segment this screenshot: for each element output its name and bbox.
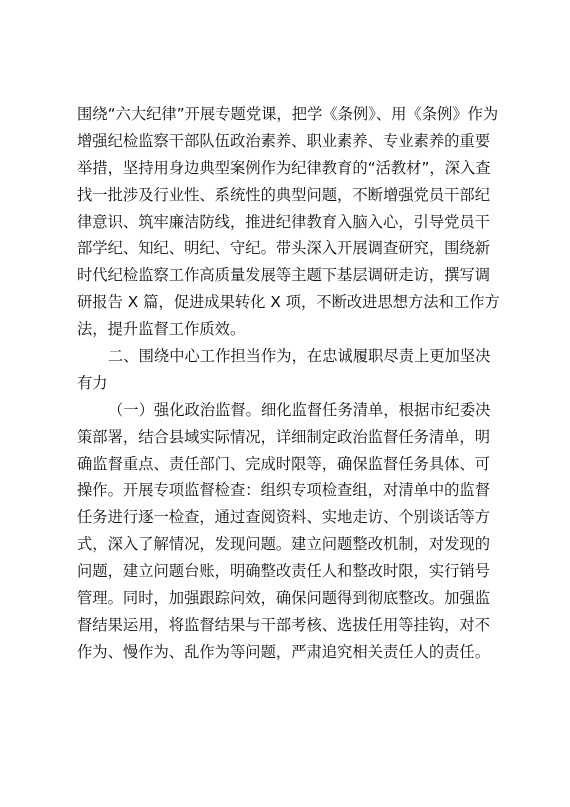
text-line: 时代纪检监察工作高质量发展等主题下基层调研走访，撰写调: [77, 262, 490, 289]
paragraph-strengthen-political-supervision: （一）强化政治监督。细化监督任务清单，根据市纪委决 策部署，结合县域实际情况，详…: [77, 397, 490, 666]
text-line: 督结果运用，将监督结果与干部考核、选拔任用等挂钩，对不: [77, 612, 490, 639]
text-line: 部学纪、知纪、明纪、守纪。带头深入开展调查研究，围绕新: [77, 235, 490, 262]
heading-line: 有力: [77, 370, 490, 397]
text-line: 举措，坚持用身边典型案例作为纪律教育的“活教材”，深入查: [77, 155, 490, 182]
heading-line: 二、围绕中心工作担当作为，在忠诚履职尽责上更加坚决: [77, 343, 490, 370]
text-line: 确监督重点、责任部门、完成时限等，确保监督任务具体、可: [77, 451, 490, 478]
document-page: 围绕“六大纪律”开展专题党课，把学《条例》、用《条例》作为 增强纪检监察干部队伍…: [0, 0, 570, 807]
text-line: 式，深入了解情况，发现问题。建立问题整改机制，对发现的: [77, 531, 490, 558]
text-line: 律意识、筑牢廉洁防线，推进纪律教育入脑入心，引导党员干: [77, 209, 490, 236]
text-line: 任务进行逐一检查，通过查阅资料、实地走访、个别谈话等方: [77, 504, 490, 531]
text-line: 问题，建立问题台账，明确整改责任人和整改时限，实行销号: [77, 558, 490, 585]
document-body: 围绕“六大纪律”开展专题党课，把学《条例》、用《条例》作为 增强纪检监察干部队伍…: [77, 101, 490, 666]
text-line: 法，提升监督工作质效。: [77, 316, 490, 343]
text-line: （一）强化政治监督。细化监督任务清单，根据市纪委决: [77, 397, 490, 424]
section-heading-2: 二、围绕中心工作担当作为，在忠诚履职尽责上更加坚决 有力: [77, 343, 490, 397]
text-line: 管理。同时，加强跟踪问效，确保问题得到彻底整改。加强监: [77, 585, 490, 612]
text-line: 围绕“六大纪律”开展专题党课，把学《条例》、用《条例》作为: [77, 101, 490, 128]
text-line: 研报告 X 篇，促进成果转化 X 项，不断改进思想方法和工作方: [77, 289, 490, 316]
text-line: 策部署，结合县域实际情况，详细制定政治监督任务清单，明: [77, 424, 490, 451]
text-line: 找一批涉及行业性、系统性的典型问题，不断增强党员干部纪: [77, 182, 490, 209]
text-line: 操作。开展专项监督检查：组织专项检查组，对清单中的监督: [77, 477, 490, 504]
paragraph-continuation: 围绕“六大纪律”开展专题党课，把学《条例》、用《条例》作为 增强纪检监察干部队伍…: [77, 101, 490, 343]
text-line: 作为、慢作为、乱作为等问题，严肃追究相关责任人的责任。: [77, 639, 490, 666]
text-line: 增强纪检监察干部队伍政治素养、职业素养、专业素养的重要: [77, 128, 490, 155]
